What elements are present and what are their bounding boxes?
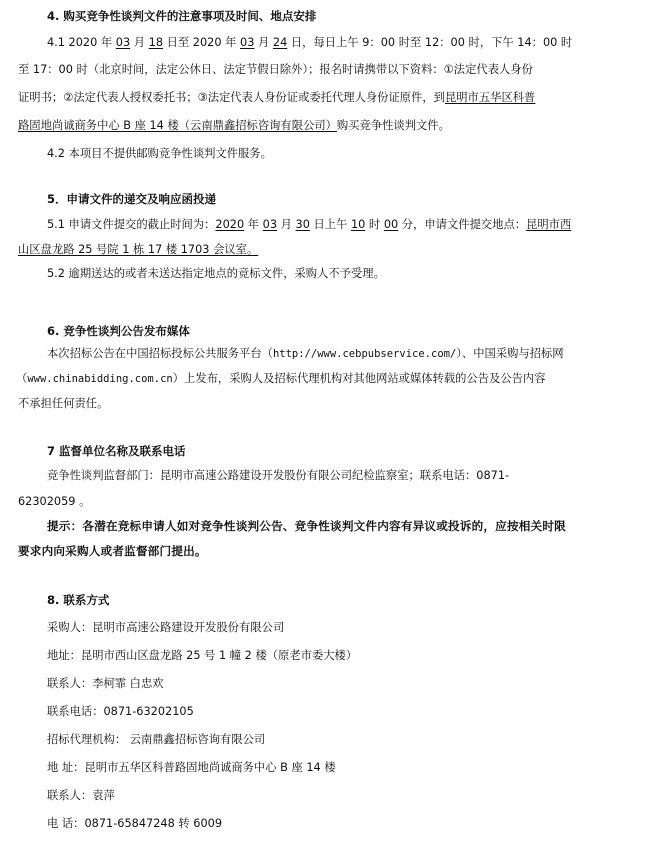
section-8-heading: 8. 联系方式	[47, 592, 109, 608]
section-4-1-line-2: 至 17：00 时（北京时间，法定公休日、法定节假日除外）；报名时请携带以下资料…	[18, 62, 533, 78]
section-7-line-1: 竞争性谈判监督部门：昆明市高速公路建设开发股份有限公司纪检监察室；联系电话：08…	[47, 468, 509, 484]
section-6-line-1: 本次招标公告在中国招标投标公共服务平台（http://www.cebpubser…	[47, 346, 564, 362]
section-4-1-line-3: 证明书；②法定代表人授权委托书；③法定代表人身份证或委托代理人身份证原件，到昆明…	[18, 90, 535, 106]
section-5-1-line-2: 山区盘龙路 25 号院 1 栋 17 楼 1703 会议室。	[18, 242, 258, 258]
section-6-heading: 6. 竞争性谈判公告发布媒体	[47, 323, 190, 339]
section-7-heading: 7 监督单位名称及联系电话	[47, 443, 186, 459]
agency-contact: 联系人：袁萍	[47, 788, 115, 804]
section-6-line-2: （www.chinabidding.com.cn）上发布，采购人及招标代理机构对…	[16, 371, 546, 387]
section-4-2: 4.2 本项目不提供邮购竞争性谈判文件服务。	[47, 146, 272, 162]
purchaser-contacts: 联系人：李柯霏 白忠欢	[47, 676, 164, 692]
tip-line-2: 要求内向采购人或者监督部门提出。	[18, 543, 207, 559]
tip-line-1: 提示：各潜在竞标申请人如对竞争性谈判公告、竞争性谈判文件内容有异议或投诉的，应按…	[47, 518, 566, 534]
purchase-location-link: 路固地尚诚商务中心 B 座 14 楼（云南鼎鑫招标咨询有限公司）	[18, 119, 337, 132]
cebpubservice-url[interactable]: http://www.cebpubservice.com/	[273, 348, 456, 360]
section-7-line-2: 62302059 。	[18, 494, 90, 510]
section-6-line-3: 不承担任何责任。	[18, 396, 108, 412]
agency-name: 招标代理机构： 云南鼎鑫招标咨询有限公司	[47, 732, 265, 748]
agency-address: 地 址：昆明市五华区科普路固地尚诚商务中心 B 座 14 楼	[47, 760, 336, 776]
purchaser-phone: 联系电话：0871-63202105	[47, 704, 194, 720]
agency-phone: 电 话：0871-65847248 转 6009	[47, 816, 222, 832]
section-5-2: 5.2 逾期送达的或者未送达指定地点的竞标文件，采购人不予受理。	[47, 266, 385, 282]
section-4-1-line-1: 4.1 2020 年 03 月 18 日至 2020 年 03 月 24 日，每…	[47, 35, 572, 51]
section-5-1-line-1: 5.1 申请文件提交的截止时间为：2020 年 03 月 30 日上午 10 时…	[47, 217, 571, 233]
section-4-heading: 4. 购买竞争性谈判文件的注意事项及时间、地点安排	[47, 8, 316, 24]
purchaser-name: 采购人：昆明市高速公路建设开发股份有限公司	[47, 620, 284, 636]
purchaser-address: 地址：昆明市西山区盘龙路 25 号 1 幢 2 楼（原老市委大楼）	[47, 648, 357, 664]
section-5-heading: 5．申请文件的递交及响应函投递	[47, 191, 216, 207]
purchase-location-link: 昆明市五华区科普	[445, 91, 535, 104]
section-4-1-line-4: 路固地尚诚商务中心 B 座 14 楼（云南鼎鑫招标咨询有限公司）购买竞争性谈判文…	[18, 118, 450, 134]
chinabidding-url[interactable]: www.chinabidding.com.cn	[27, 373, 172, 385]
